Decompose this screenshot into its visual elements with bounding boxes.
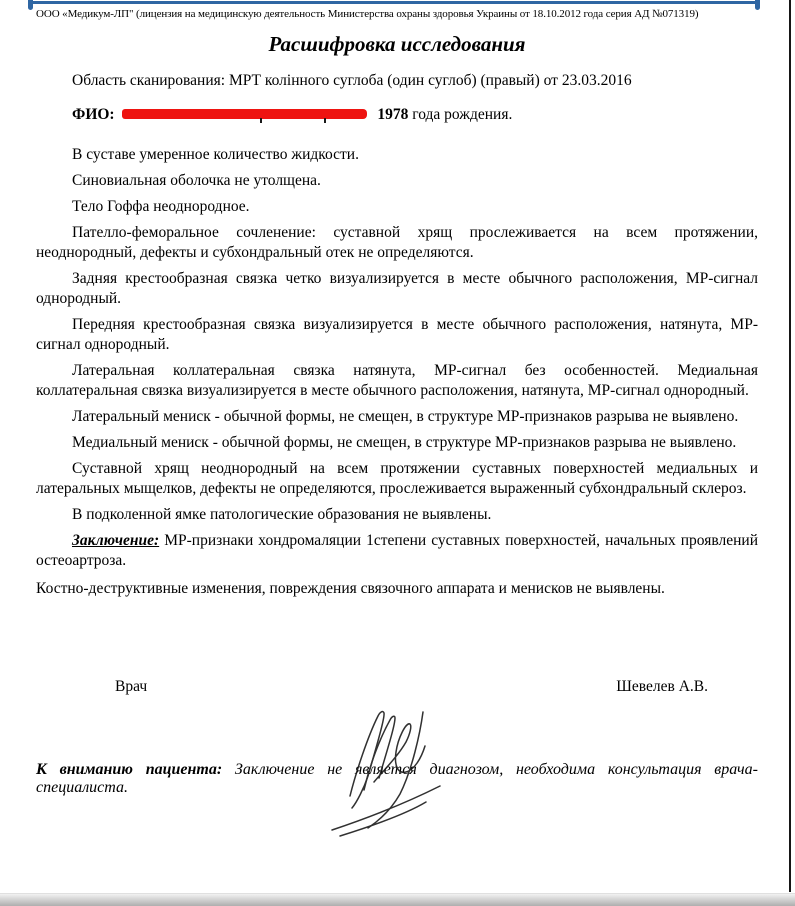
report-paragraph: Задняя крестообразная связка четко визуа… xyxy=(36,269,758,309)
clinic-license-line: ООО «Медикум-ЛП" (лицензия на медицинску… xyxy=(36,8,758,20)
doctor-signature-icon xyxy=(294,690,464,842)
birth-year-suffix: года рождения. xyxy=(408,106,512,123)
doctor-name: Шевелев А.В. xyxy=(616,677,708,697)
horizontal-scrollbar[interactable] xyxy=(0,893,795,906)
report-paragraph: Синовиальная оболочка не утолщена. xyxy=(36,171,758,191)
report-document: ООО «Медикум-ЛП" (лицензия на медицинску… xyxy=(36,8,758,797)
page-right-border xyxy=(789,0,791,892)
top-accent-rule xyxy=(28,1,760,4)
report-paragraph: В суставе умеренное количество жидкости. xyxy=(36,145,758,165)
report-paragraph: Передняя крестообразная связка визуализи… xyxy=(36,315,758,355)
fio-label: ФИО: xyxy=(72,106,115,123)
doctor-label: Врач xyxy=(115,677,147,697)
scan-area-line: Область сканирования: МРТ колінного сугл… xyxy=(36,71,758,91)
report-title: Расшифровка исследования xyxy=(36,32,758,57)
findings-paragraphs: В суставе умеренное количество жидкости.… xyxy=(36,145,758,525)
conclusion-paragraph: Заключение: МР-признаки хондромаляции 1с… xyxy=(36,531,758,571)
report-paragraph: Тело Гоффа неоднородное. xyxy=(36,197,758,217)
final-summary-paragraph: Костно-деструктивные изменения, поврежде… xyxy=(36,579,758,599)
birth-year: 1978 xyxy=(377,106,408,123)
patient-line: ФИО: 1978 года рождения. xyxy=(36,105,758,125)
redacted-patient-name xyxy=(122,109,367,119)
report-paragraph: Пателло-феморальное сочленение: суставно… xyxy=(36,223,758,263)
conclusion-label: Заключение: xyxy=(72,532,159,549)
report-paragraph: Суставной хрящ неоднородный на всем прот… xyxy=(36,459,758,499)
report-paragraph: Латеральная коллатеральная связка натяну… xyxy=(36,361,758,401)
patient-notice-label: К вниманию пациента: xyxy=(36,761,222,778)
report-paragraph: Латеральный мениск - обычной формы, не с… xyxy=(36,407,758,427)
report-paragraph: Медиальный мениск - обычной формы, не см… xyxy=(36,433,758,453)
report-paragraph: В подколенной ямке патологические образо… xyxy=(36,505,758,525)
